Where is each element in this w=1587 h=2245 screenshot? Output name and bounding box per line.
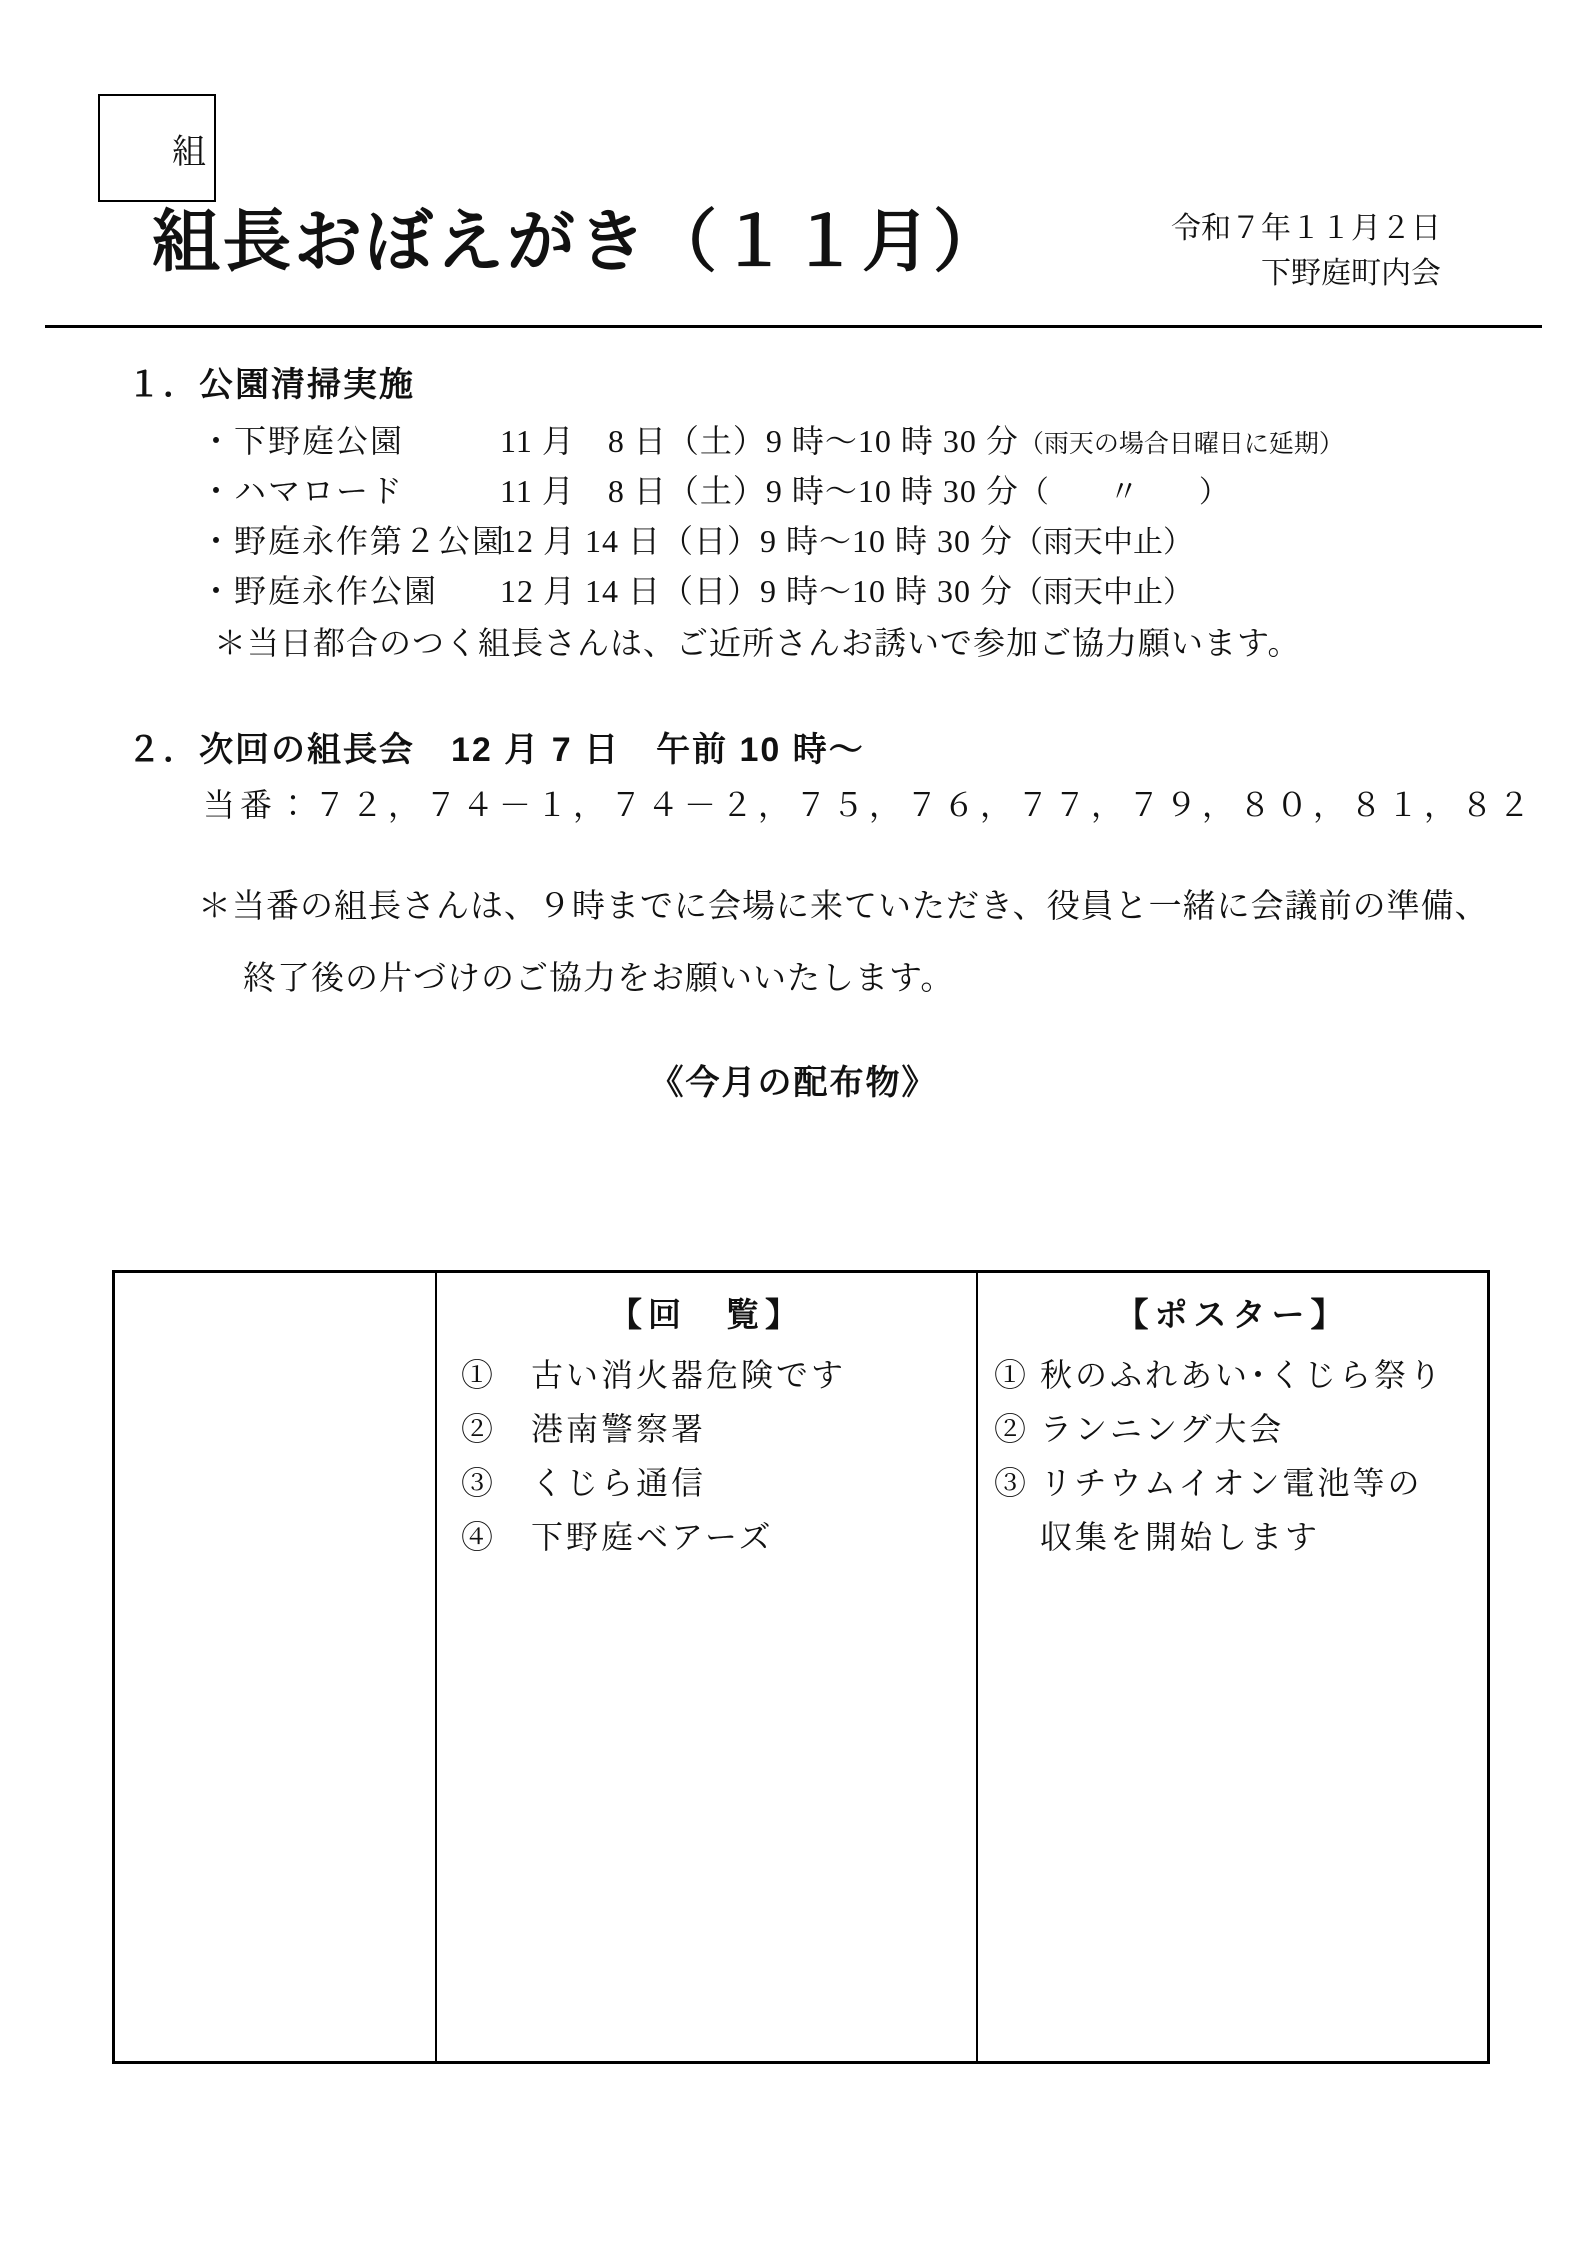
park-time: 11 月 8 日（土）9 時～10 時 30 分 [500,466,1019,512]
poster-column: 【ポスター】 ① 秋のふれあい･くじら祭り ② ランニング大会 ③ リチウムイオ… [976,1273,1487,2061]
park-name: ・下野庭公園 [200,416,500,462]
kairan-item: ② 港南警察署 [437,1402,976,1456]
organization-name: 下野庭町内会 [1171,251,1441,296]
park-time: 12 月 14 日（日）9 時～10 時 30 分 [500,516,1013,562]
kairan-header: 【回 覧】 [437,1289,976,1336]
park-note: （雨天の場合日曜日に延期） [1019,424,1344,460]
park-note: （雨天中止） [1013,517,1193,561]
park-note: （ 〃 ） [1019,467,1229,511]
park-note: （雨天中止） [1013,567,1193,611]
kairan-column: 【回 覧】 ① 古い消火器危険です ② 港南警察署 ③ くじら通信 ④ 下野庭ベ… [435,1273,976,2061]
kairan-item: ① 古い消火器危険です [437,1348,976,1402]
distribution-table: 【回 覧】 ① 古い消火器危険です ② 港南警察署 ③ くじら通信 ④ 下野庭ベ… [112,1270,1490,2064]
section2-note-line1: ＊当番の組長さんは、９時までに会場に来ていただき、役員と一緒に会議前の準備、 [198,880,1489,927]
park-schedule-list: ・下野庭公園 11 月 8 日（土）9 時～10 時 30 分 （雨天の場合日曜… [200,416,1520,616]
park-name: ・野庭永作公園 [200,566,500,612]
poster-item: ② ランニング大会 [978,1402,1487,1456]
duty-roster: 当番：７２，７４－１，７４－２，７５，７６，７７，７９，８０，８１，８２ [203,780,1535,826]
section2-heading: ２．次回の組長会 12 月 7 日 午前 10 時～ [127,722,865,771]
park-row: ・ハマロード 11 月 8 日（土）9 時～10 時 30 分 （ 〃 ） [200,466,1520,516]
document-page: 組 組長おぼえがき（１１月） 令和７年１１月２日 下野庭町内会 １．公園清掃実施… [0,0,1587,2245]
park-time: 12 月 14 日（日）9 時～10 時 30 分 [500,566,1013,612]
section1-heading: １．公園清掃実施 [127,357,415,406]
poster-item-continuation: 収集を開始します [978,1510,1487,1564]
section2-note-line2: 終了後の片づけのご協力をお願いいたします。 [243,952,954,999]
page-title: 組長おぼえがき（１１月） [152,208,1004,276]
park-name: ・ハマロード [200,466,500,512]
park-row: ・下野庭公園 11 月 8 日（土）9 時～10 時 30 分 （雨天の場合日曜… [200,416,1520,466]
issue-date: 令和７年１１月２日 [1171,206,1441,251]
distribution-empty-column [115,1273,435,2061]
park-row: ・野庭永作第２公園 12 月 14 日（日）9 時～10 時 30 分 （雨天中… [200,516,1520,566]
group-number-box: 組 [98,94,216,202]
park-row: ・野庭永作公園 12 月 14 日（日）9 時～10 時 30 分 （雨天中止） [200,566,1520,616]
group-box-label: 組 [172,136,206,170]
distribution-title: 《今月の配布物》 [0,1055,1587,1104]
date-block: 令和７年１１月２日 下野庭町内会 [1171,206,1441,296]
poster-item: ③ リチウムイオン電池等の [978,1456,1487,1510]
kairan-item: ④ 下野庭ベアーズ [437,1510,976,1564]
poster-item: ① 秋のふれあい･くじら祭り [978,1348,1487,1402]
section1-note: ＊当日都合のつく組長さんは、ご近所さんお誘いで参加ご協力願います。 [214,618,1300,664]
park-time: 11 月 8 日（土）9 時～10 時 30 分 [500,416,1019,462]
poster-header: 【ポスター】 [978,1289,1487,1336]
kairan-item: ③ くじら通信 [437,1456,976,1510]
park-name: ・野庭永作第２公園 [200,516,500,562]
header-divider [45,325,1542,328]
